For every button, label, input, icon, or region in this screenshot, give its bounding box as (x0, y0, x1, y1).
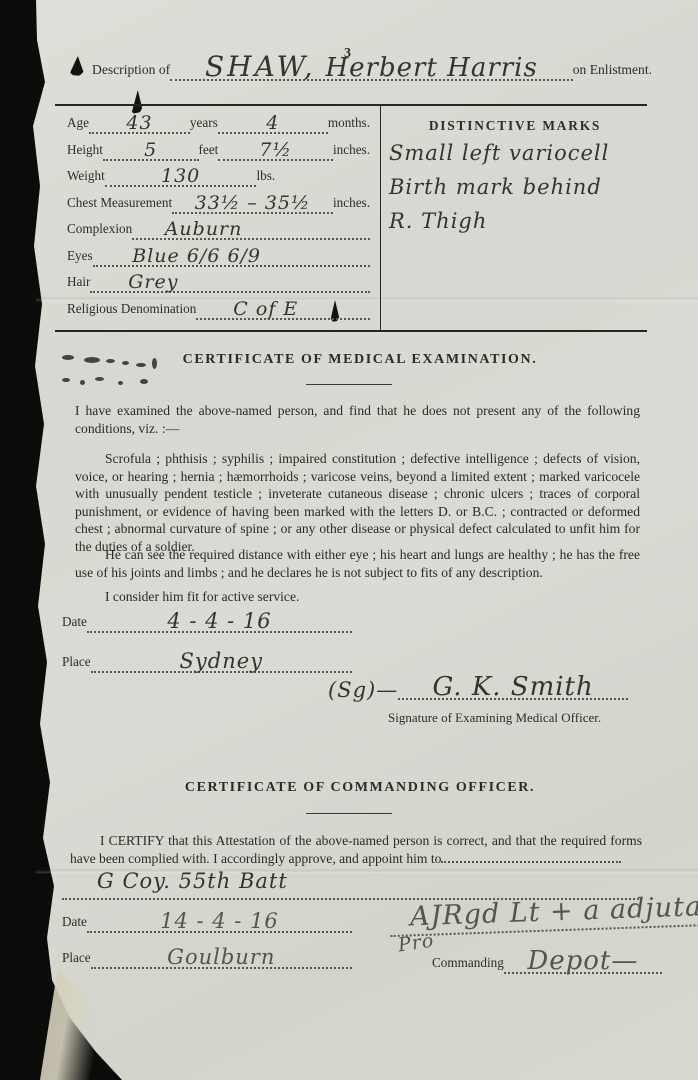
distinctive-marks-line2: Birth mark behind (389, 170, 641, 204)
commanding-row: Commanding Depot— (432, 952, 662, 974)
distinctive-marks-line1: Small left variocell (389, 136, 641, 170)
hair-row: Hair Grey (67, 273, 370, 299)
co-certificate-title: CERTIFICATE OF COMMANDING OFFICER. (150, 780, 570, 796)
medical-certificate-title: CERTIFICATE OF MEDICAL EXAMINATION. (150, 352, 570, 368)
height-feet-value: 5 (144, 143, 157, 157)
co-date-row: Date 14 - 4 - 16 (62, 912, 352, 933)
height-row: Height 5 feet 7½ inches. (67, 141, 370, 167)
surname-handwriting: SHAW, (205, 60, 315, 74)
height-inches-value: 7½ (259, 143, 292, 157)
medical-date-value: 4 - 4 - 16 (167, 614, 271, 628)
dotted-leader (441, 850, 621, 863)
religion-row: Religious Denomination C of E (67, 300, 370, 326)
age-years-value: 43 (126, 116, 152, 130)
distinctive-marks-panel: DISTINCTIVE MARKS Small left variocell B… (381, 106, 647, 330)
co-place-row: Place Goulburn (62, 948, 352, 969)
sg-abbreviation: (Sg)— (328, 678, 398, 702)
eyes-value: Blue 6/6 6/9 (132, 249, 261, 263)
co-date-value: 14 - 4 - 16 (160, 914, 279, 928)
medical-conditions-paragraph: Scrofula ; phthisis ; syphilis ; impaire… (75, 450, 640, 556)
medical-conclusion-paragraph: I consider him fit for active service. (75, 588, 640, 606)
scanned-attestation-page: 3 Description of SHAW,Herbert Harris on … (0, 0, 698, 1080)
title-rule (306, 384, 392, 385)
distinctive-marks-line3: R. Thigh (389, 204, 641, 238)
religion-value: C of E (233, 302, 298, 316)
appointment-value: G Coy. 55th Batt (97, 874, 288, 888)
weight-row: Weight 130 lbs. (67, 167, 370, 193)
medical-place-row: Place Sydney (62, 652, 352, 673)
commanding-value: Depot— (527, 954, 638, 968)
medical-signature-row: (Sg)— G. K. Smith (328, 678, 628, 702)
title-rule (306, 813, 392, 814)
co-place-value: Goulburn (167, 950, 275, 964)
medical-signature-caption: Signature of Examining Medical Officer. (388, 710, 601, 726)
hair-value: Grey (128, 275, 178, 289)
weight-value: 130 (161, 169, 200, 183)
medical-place-value: Sydney (180, 654, 264, 668)
age-row: Age 43 years 4 months. (67, 114, 370, 140)
medical-date-row: Date 4 - 4 - 16 (62, 612, 352, 633)
description-table: Age 43 years 4 months. Height 5 feet 7½ … (55, 104, 647, 332)
medical-officer-signature: G. K. Smith (432, 680, 593, 694)
complexion-value: Auburn (165, 222, 243, 236)
co-certify-paragraph: I CERTIFY that this Attestation of the a… (70, 832, 642, 867)
name-field: SHAW,Herbert Harris (170, 58, 573, 81)
chest-value: 33½ – 35½ (195, 196, 311, 210)
chest-row: Chest Measurement 33½ – 35½ inches. (67, 194, 370, 220)
given-names-handwriting: Herbert Harris (325, 61, 537, 75)
medical-fitness-paragraph: He can see the required distance with ei… (75, 546, 640, 581)
on-enlistment-label: on Enlistment. (573, 62, 652, 81)
medical-intro-paragraph: I have examined the above-named person, … (75, 402, 640, 437)
distinctive-marks-title: DISTINCTIVE MARKS (389, 118, 641, 134)
complexion-row: Complexion Auburn (67, 220, 370, 246)
description-header: Description of SHAW,Herbert Harris on En… (92, 58, 652, 81)
description-fields: Age 43 years 4 months. Height 5 feet 7½ … (55, 106, 381, 330)
age-months-value: 4 (266, 116, 279, 130)
description-of-label: Description of (92, 62, 170, 81)
eyes-row: Eyes Blue 6/6 6/9 (67, 247, 370, 273)
